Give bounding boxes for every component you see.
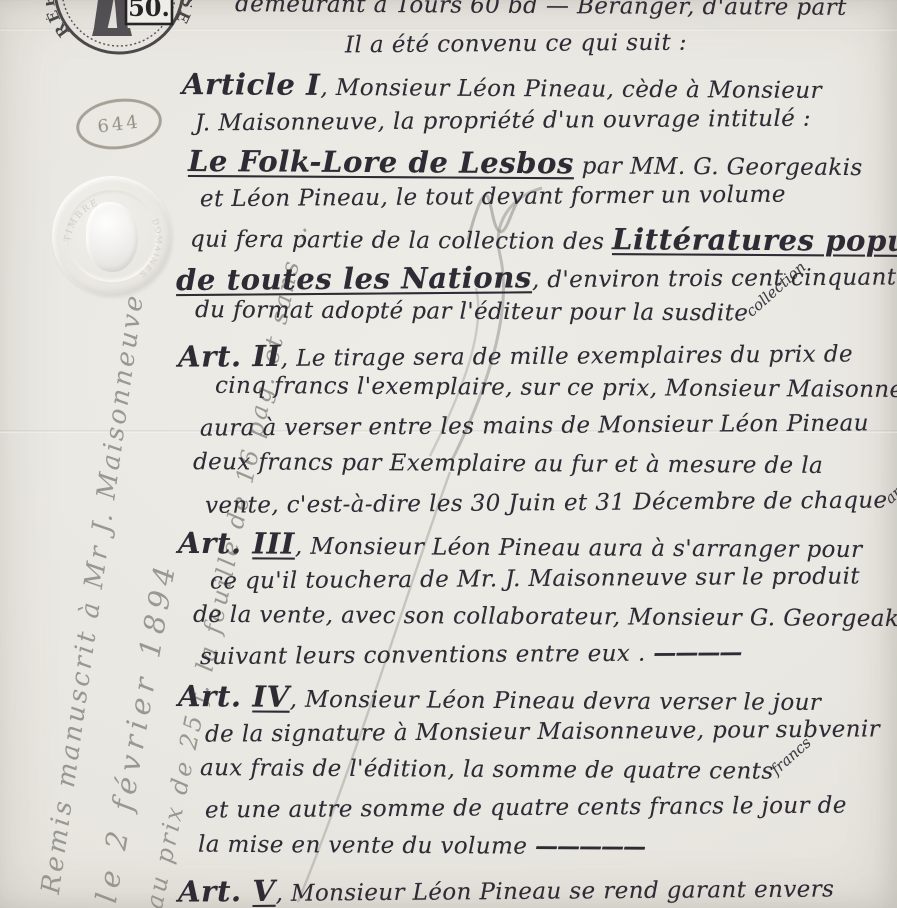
handwritten-text: et une autre somme de quatre cents franc… xyxy=(205,793,847,824)
svg-text:TIMBRE: TIMBRE xyxy=(63,198,101,243)
article-heading: IV xyxy=(252,679,289,713)
embossed-tax-seal: TIMBRE DOMAINES xyxy=(52,176,172,296)
handwritten-text: suivant leurs conventions entre eux . xyxy=(200,641,654,671)
manuscript-line: et Léon Pineau, le tout devant former un… xyxy=(200,181,786,214)
manuscript-line: Art. III, Monsieur Léon Pineau aura à s'… xyxy=(178,525,863,565)
handwritten-text: , Monsieur Léon Pineau devra verser le j… xyxy=(290,686,822,715)
handwritten-text: demeurant à Tours 60 bd — Béranger, d'au… xyxy=(235,0,847,21)
handwritten-text: , Monsieur Léon Pineau aura à s'arranger… xyxy=(295,533,863,562)
manuscript-line: de la vente, avec son collaborateur, Mon… xyxy=(193,601,897,634)
revenue-stamp-value-tablet: cen. 50. xyxy=(126,0,172,24)
manuscript-line: du format adopté par l'éditeur pour la s… xyxy=(195,296,830,329)
handwritten-text: ce qu'il touchera de Mr. J. Maisonneuve … xyxy=(210,563,860,594)
document-page: TIMBRE DOMAINES cen. 50. RÉP xyxy=(0,0,897,908)
handwritten-text: deux francs par Exemplaire au fur et à m… xyxy=(193,449,823,479)
handwritten-text: cinq francs l'exemplaire, sur ce prix, M… xyxy=(215,373,897,403)
handwritten-text: J. Maisonneuve, la propriété d'un ouvrag… xyxy=(195,105,811,136)
handwritten-text: par MM. G. Georgeakis xyxy=(574,153,863,181)
manuscript-line: J. Maisonneuve, la propriété d'un ouvrag… xyxy=(195,104,811,138)
manuscript-line: Le Folk-Lore de Lesbos par MM. G. George… xyxy=(188,143,863,183)
article-heading: Art. xyxy=(178,679,253,713)
manuscript-line: vente, c'est-à-dire les 30 Juin et 31 Dé… xyxy=(205,486,897,521)
handwritten-text: qui fera partie de la collection des xyxy=(190,227,612,256)
article-heading: III xyxy=(252,526,295,560)
embossed-seal-legend: TIMBRE DOMAINES xyxy=(52,176,172,296)
article-heading: Le Folk-Lore de Lesbos xyxy=(188,144,574,180)
article-heading: Art. xyxy=(178,526,253,560)
handwritten-text: ———— xyxy=(653,639,741,667)
manuscript-line: de la signature à Monsieur Maisonneuve, … xyxy=(205,715,880,749)
article-heading: V xyxy=(252,873,275,907)
svg-text:RÉP: RÉP xyxy=(46,0,73,41)
manuscript-line: la mise en vente du volume ————— xyxy=(198,831,645,862)
revenue-stamp: cen. 50. RÉP ISE xyxy=(46,0,192,62)
manuscript-line: Art. II, Le tirage sera de mille exempla… xyxy=(178,333,853,375)
handwritten-text: , d'environ trois cent cinquante xyxy=(532,265,897,294)
seal-legend-right-text: DOMAINES xyxy=(137,218,164,280)
manuscript-line: ce qu'il touchera de Mr. J. Maisonneuve … xyxy=(210,562,860,596)
article-heading: Littératures populaires xyxy=(612,222,897,258)
handwritten-text: de la signature à Monsieur Maisonneuve, … xyxy=(205,716,880,747)
manuscript-line: aux frais de l'édition, la somme de quat… xyxy=(200,754,829,787)
stamp-value-amount: 50. xyxy=(128,0,170,22)
manuscript-line: qui fera partie de la collection des Lit… xyxy=(190,219,897,260)
handwritten-text: Il a été convenu ce qui suit : xyxy=(345,30,687,59)
handwritten-text: aura à verser entre les mains de Monsieu… xyxy=(200,411,869,442)
handwritten-text: vente, c'est-à-dire les 30 Juin et 31 Dé… xyxy=(205,487,895,518)
manuscript-line: demeurant à Tours 60 bd — Béranger, d'au… xyxy=(235,0,847,23)
manuscript-line: Art. IV, Monsieur Léon Pineau devra vers… xyxy=(178,678,821,718)
handwritten-text: de la vente, avec son collaborateur, Mon… xyxy=(193,602,897,632)
manuscript-line: deux francs par Exemplaire au fur et à m… xyxy=(193,448,823,481)
svg-text:DOMAINES: DOMAINES xyxy=(137,218,164,280)
handwritten-text: du format adopté par l'éditeur pour la s… xyxy=(195,297,756,326)
handwritten-text: et Léon Pineau, le tout devant former un… xyxy=(200,182,786,213)
article-heading: Article I xyxy=(182,67,321,102)
manuscript-line: Art. V, Monsieur Léon Pineau se rend gar… xyxy=(178,868,835,908)
handwritten-text: aux frais de l'édition, la somme de quat… xyxy=(200,755,781,785)
manuscript-line: et une autre somme de quatre cents franc… xyxy=(205,792,847,826)
handwritten-text: , Le tirage sera de mille exemplaires du… xyxy=(281,341,853,371)
article-heading: de toutes les Nations xyxy=(176,261,532,298)
handwritten-text: la mise en vente du volume xyxy=(198,832,535,860)
stamp-rim-left-text: RÉP xyxy=(46,0,73,41)
handwritten-text: ————— xyxy=(535,833,645,861)
seal-legend-top-text: TIMBRE xyxy=(63,198,101,243)
manuscript-line: Article I, Monsieur Léon Pineau, cède à … xyxy=(182,66,822,106)
article-heading: Art. II xyxy=(178,339,281,374)
manuscript-line: aura à verser entre les mains de Monsieu… xyxy=(200,410,869,444)
handwritten-text: , Monsieur Léon Pineau se rend garant en… xyxy=(275,876,834,906)
handwritten-text: , Monsieur Léon Pineau, cède à Monsieur xyxy=(320,75,822,104)
article-heading: Art. xyxy=(178,874,253,908)
manuscript-line: cinq francs l'exemplaire, sur ce prix, M… xyxy=(215,372,897,405)
manuscript-line: suivant leurs conventions entre eux . ——… xyxy=(200,639,742,672)
manuscript-line: Il a été convenu ce qui suit : xyxy=(345,29,687,60)
oval-control-stamp: 644 xyxy=(73,94,164,154)
oval-stamp-number: 644 xyxy=(96,111,142,137)
